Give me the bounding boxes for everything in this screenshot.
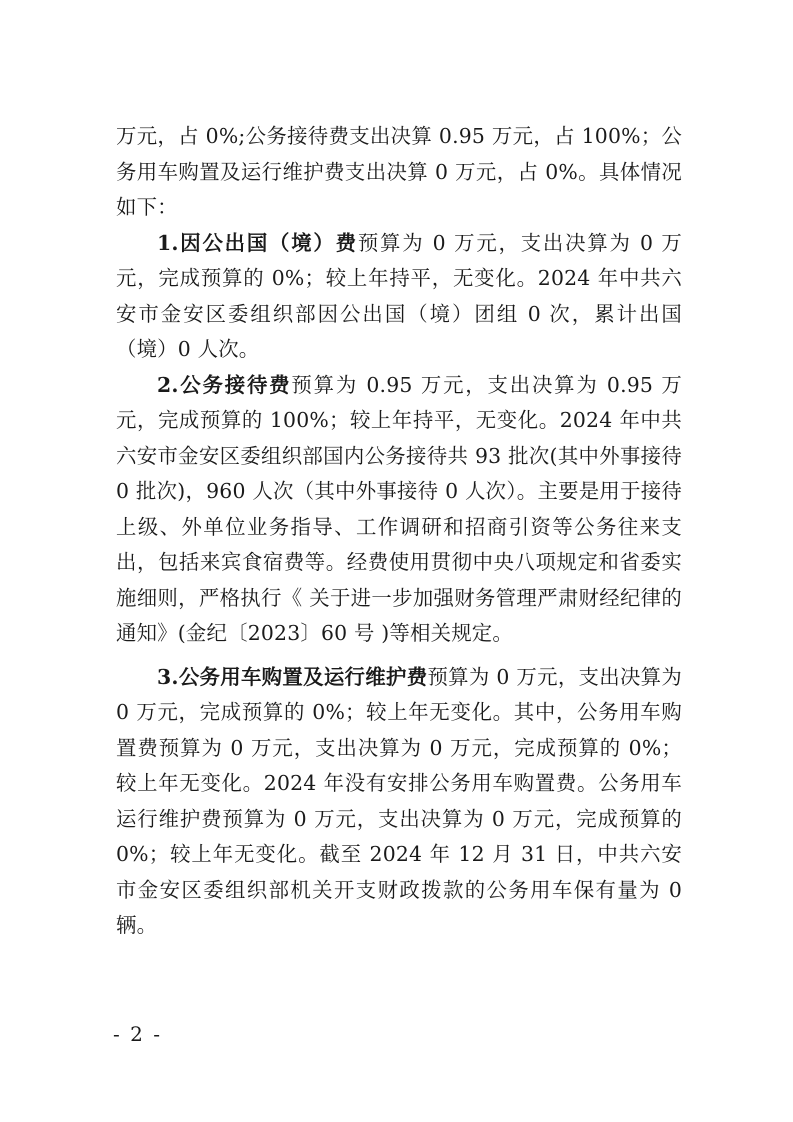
paragraph-reception-expense: 2.公务接待费预算为 0.95 万元，支出决算为 0.95 万元，完成预算的 1…: [116, 368, 682, 652]
paragraph-text: 预算为 0.95 万元，支出决算为 0.95 万元，完成预算的 100%；较上年…: [116, 373, 682, 646]
paragraph-vehicle-expense: 3.公务用车购置及运行维护费预算为 0 万元，支出决算为 0 万元，完成预算的 …: [116, 660, 682, 944]
paragraph-overseas-expense: 1.因公出国（境）费预算为 0 万元，支出决算为 0 万元，完成预算的 0%；较…: [116, 226, 682, 368]
section-heading-overseas: 1.因公出国（境）费: [157, 231, 358, 255]
paragraph-text: 预算为 0 万元，支出决算为 0 万元，完成预算的 0%；较上年无变化。其中，公…: [116, 665, 682, 938]
page-number: - 2 -: [113, 1022, 162, 1046]
paragraph-text: 万元，占 0%;公务接待费支出决算 0.95 万元，占 100%；公务用车购置及…: [116, 124, 682, 219]
document-page: 万元，占 0%;公务接待费支出决算 0.95 万元，占 100%；公务用车购置及…: [116, 119, 682, 944]
paragraph-intro-continuation: 万元，占 0%;公务接待费支出决算 0.95 万元，占 100%；公务用车购置及…: [116, 119, 682, 226]
section-heading-vehicles: 3.公务用车购置及运行维护费: [157, 665, 427, 689]
section-heading-reception: 2.公务接待费: [157, 373, 291, 397]
